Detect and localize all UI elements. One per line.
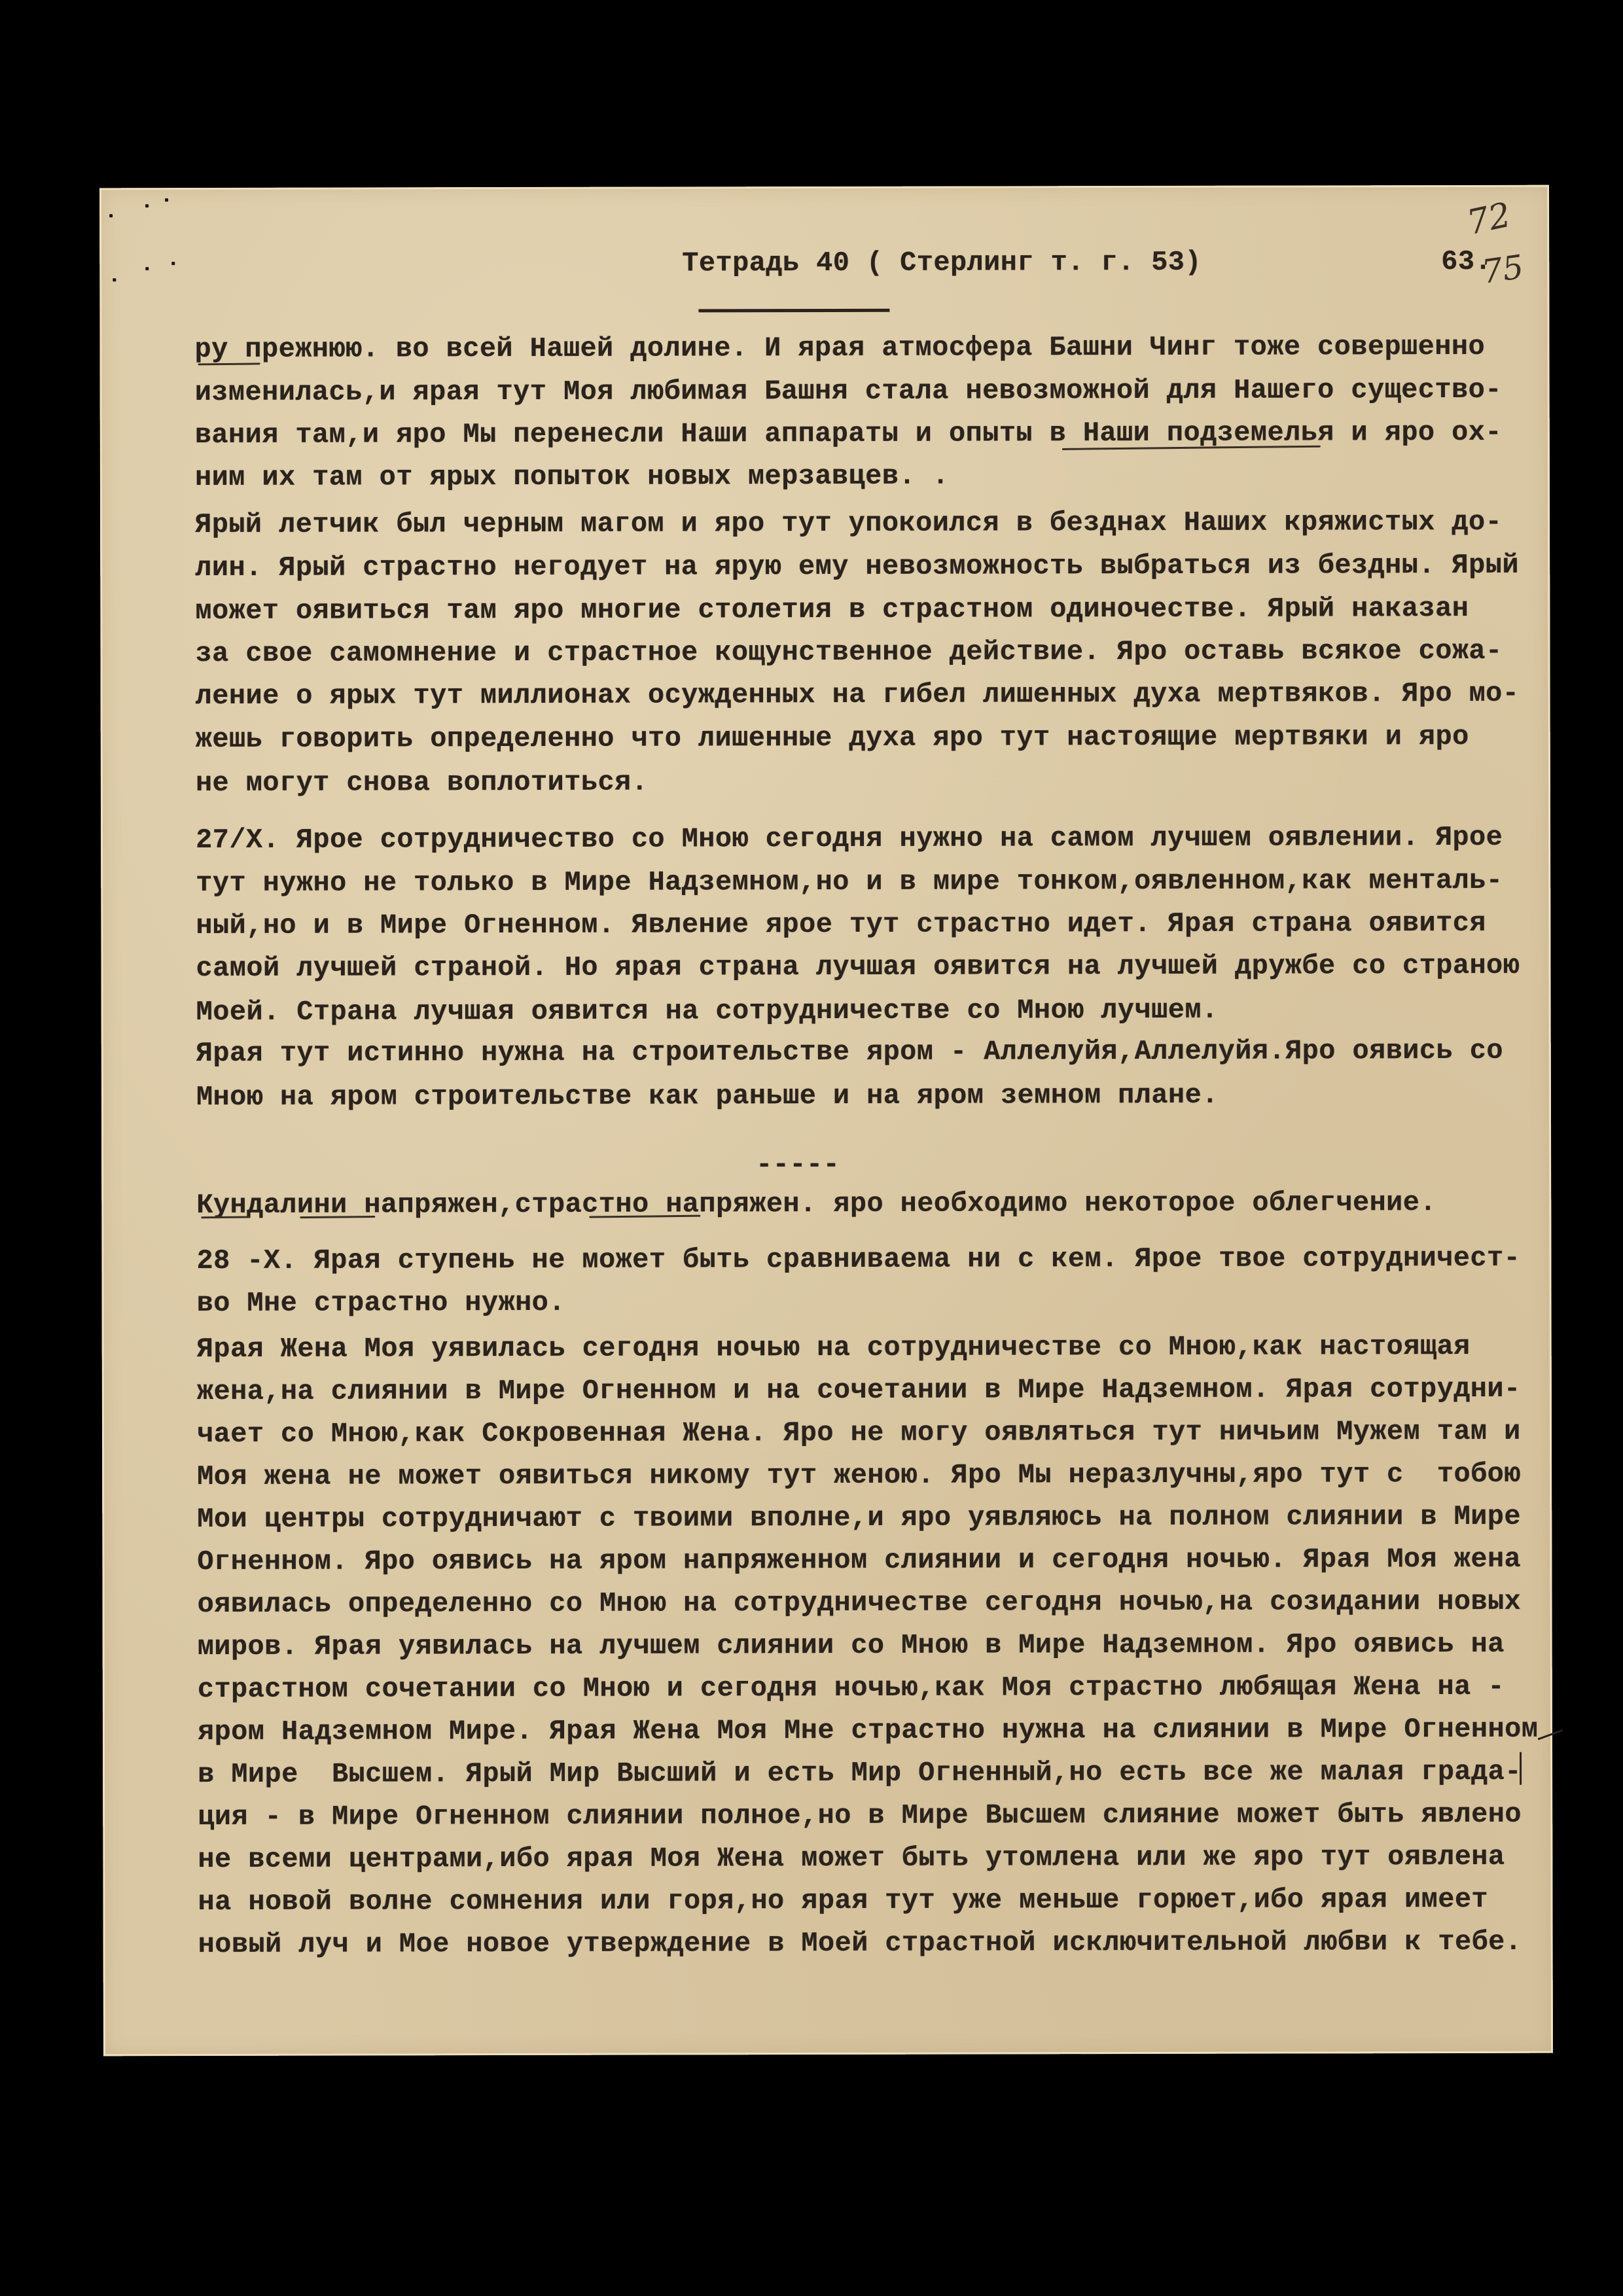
body-line: ция - в Мире Огненном слиянии полное,но … [198, 1798, 1522, 1833]
handwritten-page-number-top: 72 [1464, 196, 1514, 243]
margin-specks [99, 185, 1549, 188]
body-line: 28 -X. Ярая ступень не может быть сравни… [196, 1242, 1520, 1277]
body-line: 27/X. Ярое сотрудничество со Мною сегодн… [196, 821, 1503, 857]
body-line: ление о ярых тут миллионах осужденных на… [196, 677, 1520, 713]
body-line: ру прежнюю. во всей Нашей долине. И ярая… [194, 330, 1485, 366]
body-line: Ярая тут истинно нужна на строительстве … [196, 1034, 1503, 1070]
body-line: может оявиться там яро многие столетия в… [195, 592, 1469, 627]
body-line: Моей. Страна лучшая оявится на сотруднич… [196, 994, 1219, 1029]
body-line: Ярый летчик был черным магом и яро тут у… [195, 506, 1502, 541]
body-line: самой лучшей страной. Но ярая страна луч… [196, 949, 1520, 985]
header-title: Тетрадь 40 ( Стерлинг т. г. 53) [682, 246, 1202, 280]
body-line: жена,на слиянии в Мире Огненном и на соч… [197, 1373, 1521, 1408]
body-line: не могут снова воплотиться. [196, 766, 648, 800]
body-line: Огненном. Яро оявись на яром напряженном… [197, 1543, 1521, 1578]
body-line: Кундалини напряжен,страстно напряжен. яр… [196, 1186, 1436, 1222]
handwritten-page-number-overlay: 75 [1480, 248, 1526, 291]
body-line: лин. Ярый страстно негодует на ярую ему … [195, 549, 1519, 584]
body-line: страстном сочетании со Мною и сегодня но… [198, 1670, 1505, 1706]
body-line: на новой волне сомнения или горя,но ярая… [198, 1883, 1488, 1918]
body-line: ним их там от ярых попыток новых мерзавц… [195, 460, 949, 494]
body-line: не всеми центрами,ибо ярая Моя Жена може… [198, 1841, 1505, 1876]
header-rule [698, 309, 889, 313]
document-page: Тетрадь 40 ( Стерлинг т. г. 53) 63. 72 7… [99, 185, 1553, 2057]
body-line: миров. Ярая уявилась на лучшем слиянии с… [198, 1628, 1505, 1663]
body-line: во Мне страстно нужно. [197, 1286, 565, 1320]
handwritten-margin-mark [1520, 1752, 1522, 1785]
body-line: новый луч и Мое новое утверждение в Моей… [198, 1926, 1522, 1961]
body-line: жешь говорить определенно что лишенные д… [196, 720, 1469, 756]
body-line: Мною на яром строительстве как раньше и … [196, 1079, 1219, 1114]
body-line: в Мире Высшем. Ярый Мир Высший и есть Ми… [198, 1756, 1522, 1791]
body-line: яром Надземном Мире. Ярая Жена Моя Мне с… [198, 1713, 1538, 1748]
body-line: тут нужно не только в Мире Надземном,но … [196, 864, 1503, 900]
body-line: ный,но и в Мире Огненном. Явление ярое т… [196, 907, 1486, 942]
body-line: Мои центры сотрудничают с твоими вполне,… [197, 1500, 1521, 1536]
body-line: за свое самомнение и страстное кощунстве… [195, 635, 1502, 670]
body-line: чает со Мною,как Сокровенная Жена. Яро н… [197, 1415, 1521, 1451]
body-line: изменилась,и ярая тут Моя любимая Башня … [195, 374, 1502, 409]
body-line: оявилась определенно со Мною на сотрудни… [197, 1585, 1521, 1621]
body-line: Моя жена не может оявиться никому тут же… [197, 1458, 1521, 1493]
body-line: Ярая Жена Моя уявилась сегодня ночью на … [197, 1330, 1471, 1366]
section-separator: ----- [756, 1148, 840, 1181]
handwritten-margin-mark [1538, 1729, 1563, 1740]
